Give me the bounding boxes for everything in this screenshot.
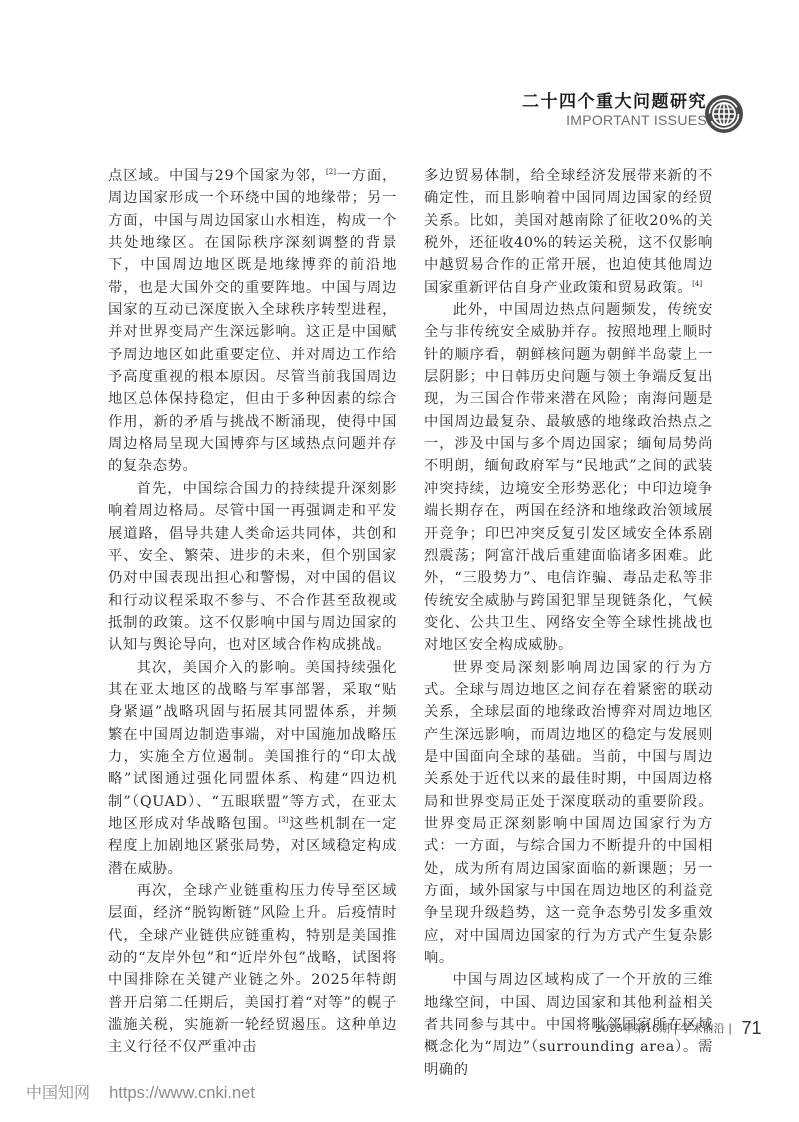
text: 点区域。中国与29个国家为邻，: [108, 168, 326, 184]
text: 此外，中国周边热点问题频发，传统安全与非传统安全威胁并存。按照地理上顺时针的顺序…: [424, 302, 713, 653]
page-footer: 2025年第16期 | 学术前沿 | 71: [595, 1018, 761, 1039]
column-title-en: IMPORTANT ISSUES: [522, 112, 707, 128]
site-url-link[interactable]: https://www.cnki.net: [109, 1084, 255, 1102]
issue-label: 2025年第16期: [595, 1022, 670, 1035]
citation-ref[interactable]: [3]: [279, 816, 289, 824]
text: 首先，中国综合国力的持续提升深刻影响着周边格局。尽管中国一再强调走和平发展道路，…: [108, 481, 397, 653]
paragraph: 首先，中国综合国力的持续提升深刻影响着周边格局。尽管中国一再强调走和平发展道路，…: [108, 478, 397, 657]
column-header: 二十四个重大问题研究 IMPORTANT ISSUES: [522, 92, 707, 128]
paragraph: 世界变局深刻影响周边国家的行为方式。全球与周边地区之间存在着紧密的联动关系，全球…: [424, 657, 713, 970]
paragraph: 多边贸易体制，给全球经济发展带来新的不确定性，而且影响着中国同周边国家的经贸关系…: [424, 165, 713, 299]
page-number: 71: [741, 1018, 761, 1038]
paragraph: 再次，全球产业链重构压力传导至区域层面，经济“脱钩断链”风险上升。后疫情时代，全…: [108, 880, 397, 1059]
text: 再次，全球产业链重构压力传导至区域层面，经济“脱钩断链”风险上升。后疫情时代，全…: [108, 883, 397, 1055]
source-watermark: 中国知网 https://www.cnki.net: [26, 1080, 255, 1103]
journal-name: 学术前沿: [681, 1022, 725, 1035]
text: 多边贸易体制，给全球经济发展带来新的不确定性，而且影响着中国同周边国家的经贸关系…: [424, 168, 713, 296]
globe-icon: [704, 94, 744, 134]
site-name: 中国知网: [26, 1083, 90, 1102]
text: 世界变局深刻影响周边国家的行为方式。全球与周边地区之间存在着紧密的联动关系，全球…: [424, 660, 713, 966]
citation-ref[interactable]: [4]: [692, 280, 702, 288]
citation-ref[interactable]: [2]: [326, 168, 336, 176]
paragraph: 其次，美国介入的影响。美国持续强化其在亚太地区的战略与军事部署，采取“贴身紧逼”…: [108, 657, 397, 880]
separator: |: [728, 1022, 732, 1035]
text: 一方面，周边国家形成一个环绕中国的地缘带；另一方面，中国与周边国家山水相连，构成…: [108, 168, 397, 474]
paragraph: 点区域。中国与29个国家为邻，[2]一方面，周边国家形成一个环绕中国的地缘带；另…: [108, 165, 397, 478]
left-column: 点区域。中国与29个国家为邻，[2]一方面，周边国家形成一个环绕中国的地缘带；另…: [108, 165, 397, 1059]
separator: |: [674, 1022, 678, 1035]
text: 其次，美国介入的影响。美国持续强化其在亚太地区的战略与军事部署，采取“贴身紧逼”…: [108, 660, 397, 832]
paragraph: 此外，中国周边热点问题频发，传统安全与非传统安全威胁并存。按照地理上顺时针的顺序…: [424, 299, 713, 657]
column-title-cn: 二十四个重大问题研究: [522, 92, 707, 112]
right-column: 多边贸易体制，给全球经济发展带来新的不确定性，而且影响着中国同周边国家的经贸关系…: [424, 165, 713, 1081]
